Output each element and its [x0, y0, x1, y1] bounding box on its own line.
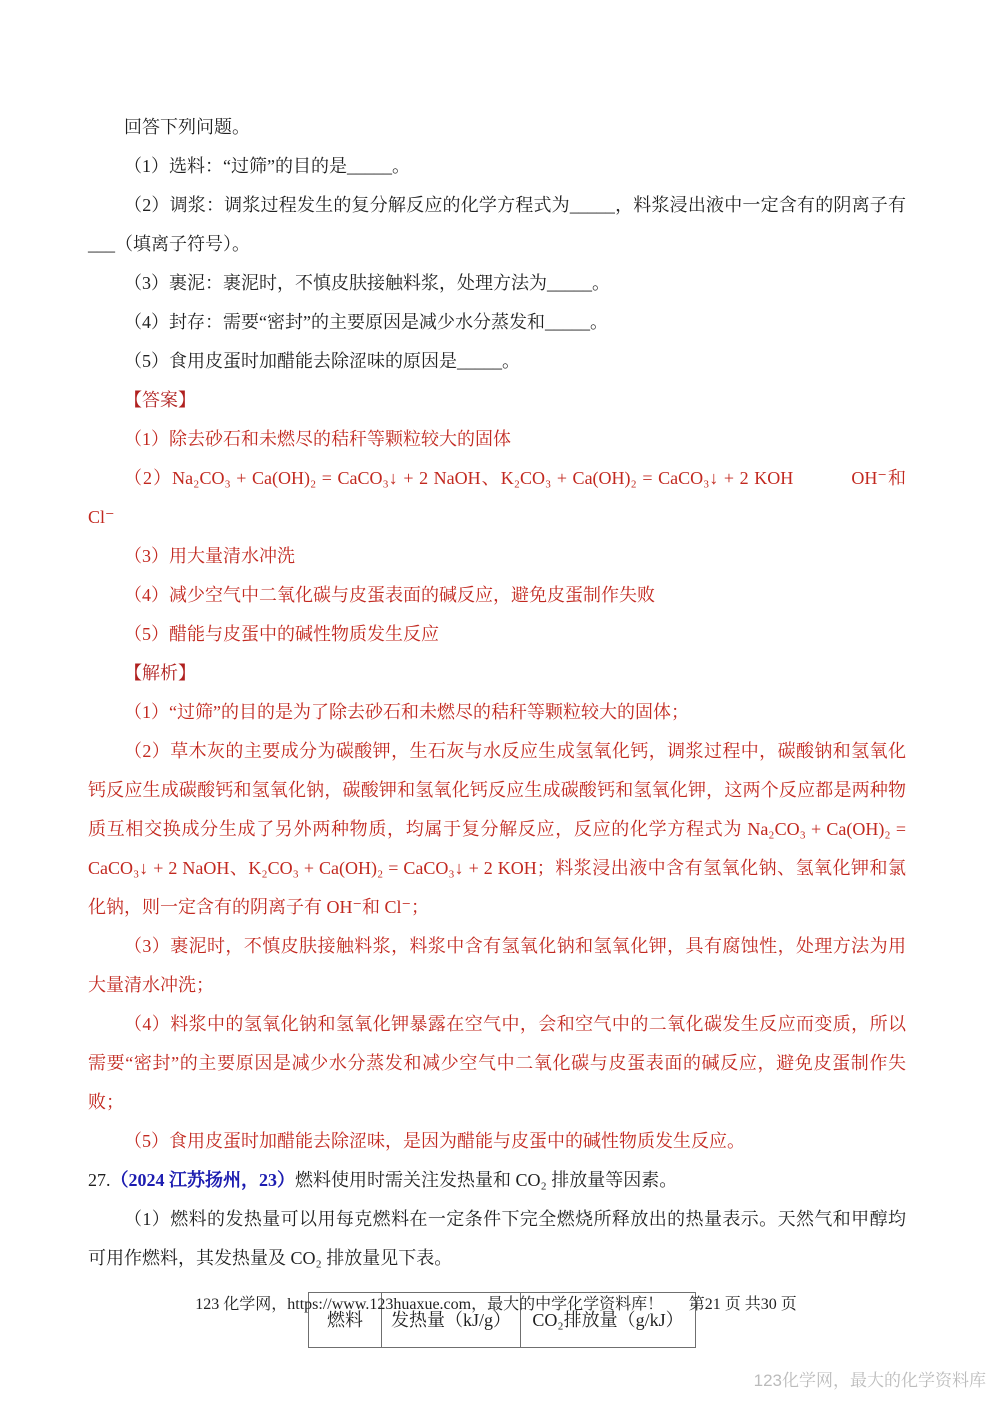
- question-27-part1: （1）燃料的发热量可以用每克燃料在一定条件下完全燃烧所释放出的热量表示。天然气和…: [88, 1200, 906, 1278]
- answer-line-2: （2）Na₂CO₃ + Ca(OH)₂ = CaCO₃↓ + 2 NaOH、K₂…: [88, 459, 906, 537]
- question-line-4: （4）封存：需要“密封”的主要原因是减少水分蒸发和_____。: [88, 303, 906, 342]
- answer-line-4: （4）减少空气中二氧化碳与皮蛋表面的碱反应，避免皮蛋制作失败: [88, 576, 906, 615]
- analysis-marker: 【解析】: [88, 654, 906, 693]
- question-27-source: （2024 江苏扬州，23）: [111, 1170, 296, 1190]
- question-line-5: （5）食用皮蛋时加醋能去除涩味的原因是_____。: [88, 342, 906, 381]
- footer-page-number: 第21 页 共30 页: [689, 1296, 797, 1313]
- document-page: 回答下列问题。 （1）选料：“过筛”的目的是_____。 （2）调浆：调浆过程发…: [0, 0, 992, 1403]
- analysis-paragraph-1: （1）“过筛”的目的是为了除去砂石和未燃尽的秸秆等颗粒较大的固体；: [88, 693, 906, 732]
- answer-marker: 【答案】: [88, 381, 906, 420]
- analysis-paragraph-4: （4）料浆中的氢氧化钠和氢氧化钾暴露在空气中，会和空气中的二氧化碳发生反应而变质…: [88, 1005, 906, 1122]
- question-27-text: 燃料使用时需关注发热量和 CO₂ 排放量等因素。: [295, 1170, 677, 1190]
- analysis-paragraph-5: （5）食用皮蛋时加醋能去除涩味，是因为醋能与皮蛋中的碱性物质发生反应。: [88, 1122, 906, 1161]
- intro-line: 回答下列问题。: [88, 108, 906, 147]
- question-line-1: （1）选料：“过筛”的目的是_____。: [88, 147, 906, 186]
- footer-site-text: 123 化学网，https://www.123huaxue.com，最大的中学化…: [195, 1296, 663, 1313]
- page-content: 回答下列问题。 （1）选料：“过筛”的目的是_____。 （2）调浆：调浆过程发…: [88, 108, 906, 1348]
- question-27-number: 27.: [88, 1170, 111, 1190]
- watermark-text: 123化学网，最大的化学资料库: [754, 1366, 986, 1391]
- answer-line-5: （5）醋能与皮蛋中的碱性物质发生反应: [88, 615, 906, 654]
- answer-line-1: （1）除去砂石和未燃尽的秸秆等颗粒较大的固体: [88, 420, 906, 459]
- answer-line-3: （3）用大量清水冲洗: [88, 537, 906, 576]
- question-27-stem: 27.（2024 江苏扬州，23）燃料使用时需关注发热量和 CO₂ 排放量等因素…: [88, 1161, 906, 1200]
- analysis-paragraph-2: （2）草木灰的主要成分为碳酸钾，生石灰与水反应生成氢氧化钙，调浆过程中，碳酸钠和…: [88, 732, 906, 927]
- question-line-2: （2）调浆：调浆过程发生的复分解反应的化学方程式为_____，料浆浸出液中一定含…: [88, 186, 906, 264]
- page-footer: 123 化学网，https://www.123huaxue.com，最大的中学化…: [0, 1290, 992, 1320]
- analysis-paragraph-3: （3）裹泥时，不慎皮肤接触料浆，料浆中含有氢氧化钠和氢氧化钾，具有腐蚀性，处理方…: [88, 927, 906, 1005]
- question-line-3: （3）裹泥：裹泥时，不慎皮肤接触料浆，处理方法为_____。: [88, 264, 906, 303]
